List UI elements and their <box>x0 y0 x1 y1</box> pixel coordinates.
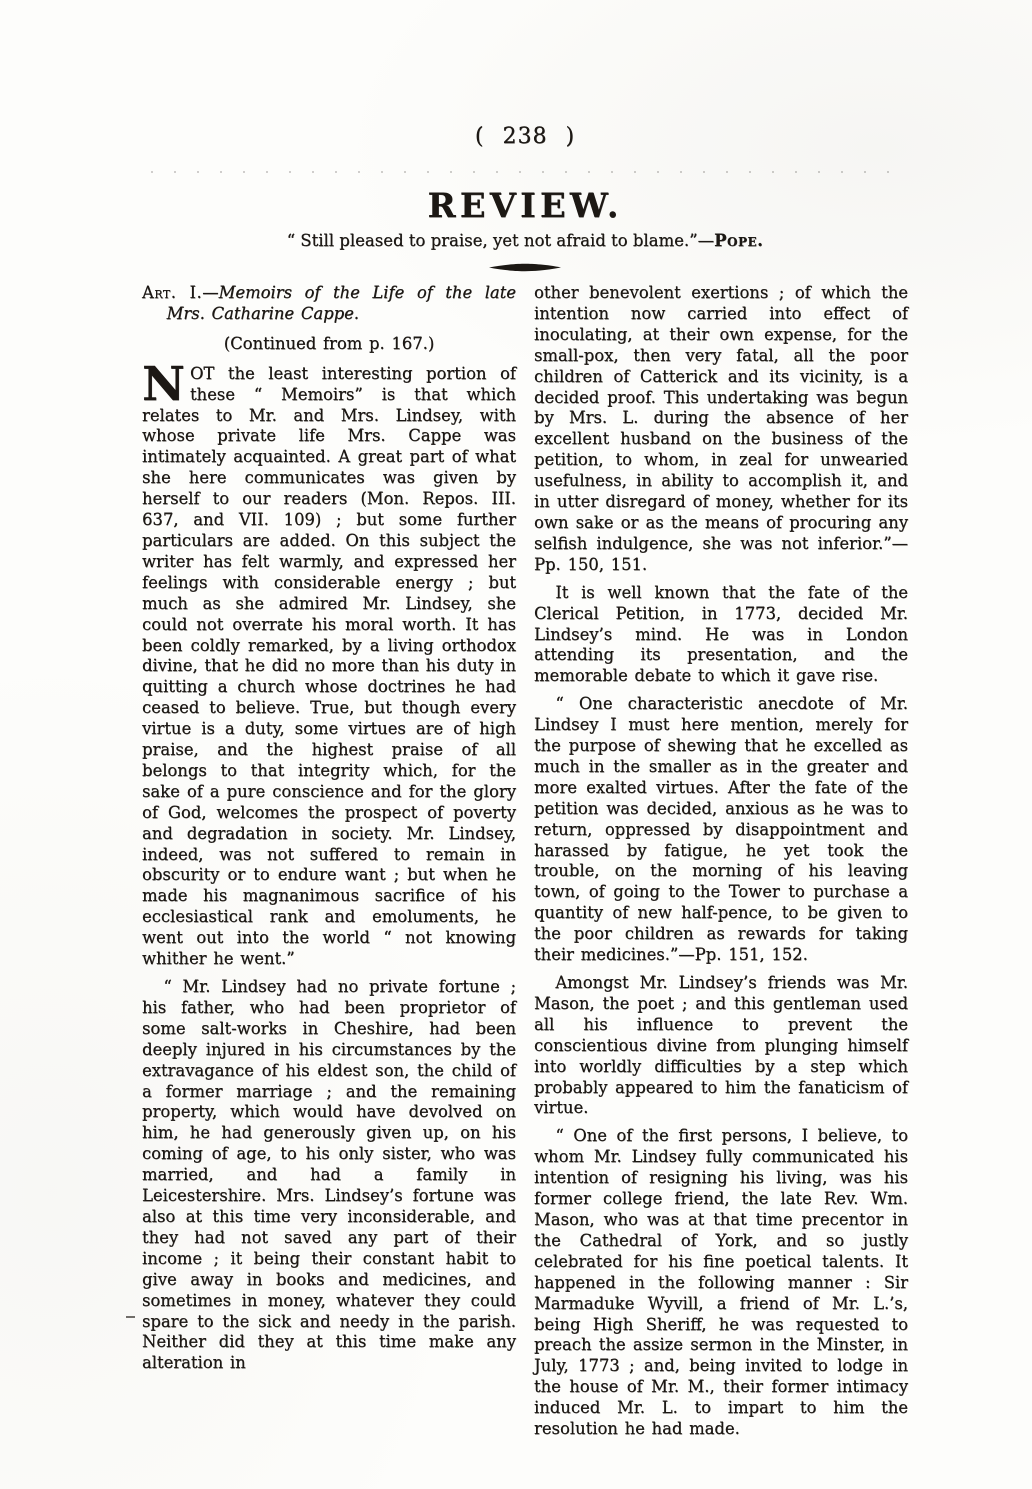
paragraph: other benevolent exertions ; of which th… <box>534 283 908 576</box>
paragraph: “ One characteristic anecdote of Mr. Lin… <box>534 694 908 966</box>
scanned-page: ( 238 ) REVIEW. “ Still pleased to prais… <box>0 0 1032 1489</box>
swelled-rule-icon <box>142 257 908 276</box>
right-column: other benevolent exertions ; of which th… <box>534 283 908 1440</box>
left-column: Art. I.—Memoirs of the Life of the late … <box>142 283 516 1440</box>
scan-artifact-margin-mark <box>126 1316 135 1318</box>
paragraph-text: OT the least interesting portion of thes… <box>142 364 516 968</box>
section-title: REVIEW. <box>142 186 908 226</box>
epigraph-attribution: Pope. <box>714 231 763 250</box>
scan-artifact-speckle-row <box>150 170 900 174</box>
article-label: Art. I. <box>142 283 202 302</box>
epigraph: “ Still pleased to praise, yet not afrai… <box>142 231 908 250</box>
article-heading: Art. I.—Memoirs of the Life of the late … <box>142 283 516 325</box>
paragraph: NOT the least interesting portion of the… <box>142 364 516 970</box>
text-columns: Art. I.—Memoirs of the Life of the late … <box>142 283 908 1440</box>
page-number: ( 238 ) <box>142 124 908 149</box>
article-title: —Memoirs of the Life of the late Mrs. Ca… <box>167 283 516 323</box>
continuation-note: (Continued from p. 167.) <box>142 334 516 355</box>
epigraph-quote: “ Still pleased to praise, yet not afrai… <box>287 231 715 250</box>
drop-cap: N <box>142 364 190 403</box>
paragraph: “ One of the first persons, I believe, t… <box>534 1126 908 1440</box>
paragraph: Amongst Mr. Lindsey’s friends was Mr. Ma… <box>534 973 908 1119</box>
paragraph: It is well known that the fate of the Cl… <box>534 583 908 688</box>
paragraph: “ Mr. Lindsey had no private fortune ; h… <box>142 977 516 1374</box>
